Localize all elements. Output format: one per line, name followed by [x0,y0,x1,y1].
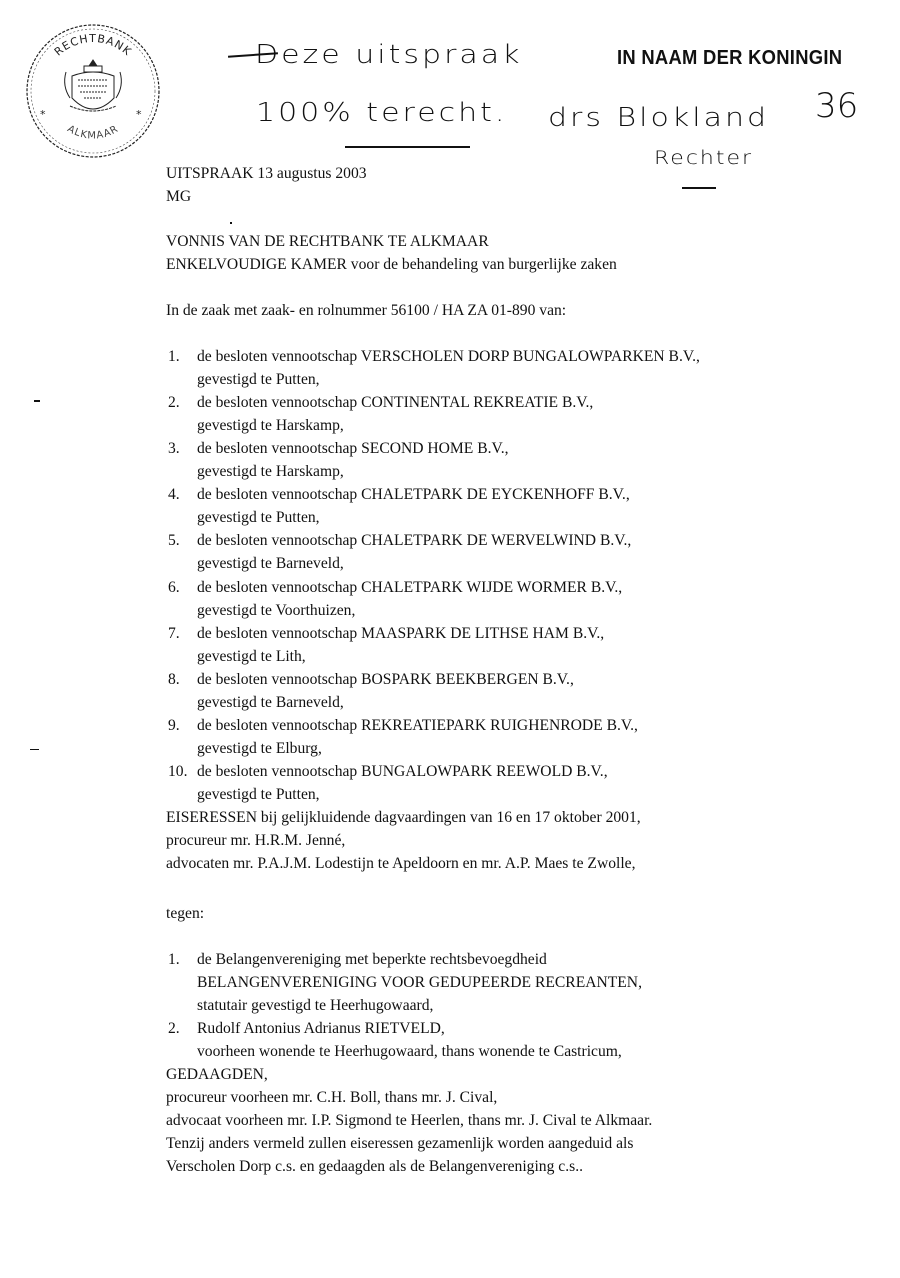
item-number: 2. [168,1017,180,1040]
coat-of-arms-icon [65,60,122,111]
plaintiff-seat: gevestigd te Putten, [197,783,320,806]
plaintiff-seat: gevestigd te Putten, [197,506,320,529]
plaintiff-name: de besloten vennootschap CONTINENTAL REK… [197,391,593,414]
case-number-intro: In de zaak met zaak- en rolnummer 56100 … [166,299,566,322]
scan-speck [30,749,39,750]
plaintiff-name: de besloten vennootschap CHALETPARK WIJD… [197,576,622,599]
plaintiff-seat: gevestigd te Elburg, [197,737,322,760]
defendant-line: Rudolf Antonius Adrianus RIETVELD, [197,1017,445,1040]
plaintiff-name: de besloten vennootschap MAASPARK DE LIT… [197,622,604,645]
plaintiff-seat: gevestigd te Putten, [197,368,320,391]
plaintiff-name: de besloten vennootschap CHALETPARK DE E… [197,483,630,506]
judgment-title: VONNIS VAN DE RECHTBANK TE ALKMAAR [166,230,489,253]
defendant-line: de Belangenvereniging met beperkte recht… [197,948,547,971]
item-number: 1. [168,345,180,368]
plaintiff-seat: gevestigd te Voorthuizen, [197,599,355,622]
counsel-line: GEDAAGDEN, [166,1063,268,1086]
item-number: 4. [168,483,180,506]
plaintiff-seat: gevestigd te Barneveld, [197,552,344,575]
counsel-line: Verscholen Dorp c.s. en gedaagden als de… [166,1155,583,1178]
item-number: 9. [168,714,180,737]
defendant-line: BELANGENVERENIGING VOOR GEDUPEERDE RECRE… [197,971,642,994]
scan-speck [34,400,40,402]
plaintiff-name: de besloten vennootschap BUNGALOWPARK RE… [197,760,608,783]
document-body: UITSPRAAK 13 augustus 2003 MG VONNIS VAN… [166,0,886,1278]
court-stamp: RECHTBANK ALKMAAR * * [22,20,164,162]
counsel-line: Tenzij anders vermeld zullen eiseressen … [166,1132,633,1155]
plaintiff-name: de besloten vennootschap SECOND HOME B.V… [197,437,509,460]
plaintiff-name: de besloten vennootschap BOSPARK BEEKBER… [197,668,574,691]
counsel-line: procureur mr. H.R.M. Jenné, [166,829,345,852]
item-number: 5. [168,529,180,552]
defendant-line: voorheen wonende te Heerhugowaard, thans… [197,1040,622,1063]
against-label: tegen: [166,902,204,925]
svg-text:ALKMAAR: ALKMAAR [65,124,120,142]
svg-text:*: * [136,108,142,121]
item-number: 6. [168,576,180,599]
item-number: 7. [168,622,180,645]
initials: MG [166,185,191,208]
plaintiff-name: de besloten vennootschap VERSCHOLEN DORP… [197,345,700,368]
counsel-line: advocaten mr. P.A.J.M. Lodestijn te Apel… [166,852,636,875]
svg-text:*: * [40,108,46,121]
plaintiff-seat: gevestigd te Barneveld, [197,691,344,714]
plaintiff-seat: gevestigd te Lith, [197,645,306,668]
defendant-line: statutair gevestigd te Heerhugowaard, [197,994,433,1017]
counsel-line: procureur voorheen mr. C.H. Boll, thans … [166,1086,497,1109]
item-number: 10. [168,760,188,783]
counsel-line: EISERESSEN bij gelijkluidende dagvaardin… [166,806,641,829]
chamber-title: ENKELVOUDIGE KAMER voor de behandeling v… [166,253,617,276]
plaintiff-seat: gevestigd te Harskamp, [197,414,344,437]
item-number: 1. [168,948,180,971]
uitspraak-date: UITSPRAAK 13 augustus 2003 [166,162,367,185]
item-number: 3. [168,437,180,460]
plaintiff-name: de besloten vennootschap REKREATIEPARK R… [197,714,638,737]
item-number: 2. [168,391,180,414]
item-number: 8. [168,668,180,691]
stamp-bottom-text: ALKMAAR [65,124,120,142]
plaintiff-name: de besloten vennootschap CHALETPARK DE W… [197,529,631,552]
counsel-line: advocaat voorheen mr. I.P. Sigmond te He… [166,1109,652,1132]
plaintiff-seat: gevestigd te Harskamp, [197,460,344,483]
